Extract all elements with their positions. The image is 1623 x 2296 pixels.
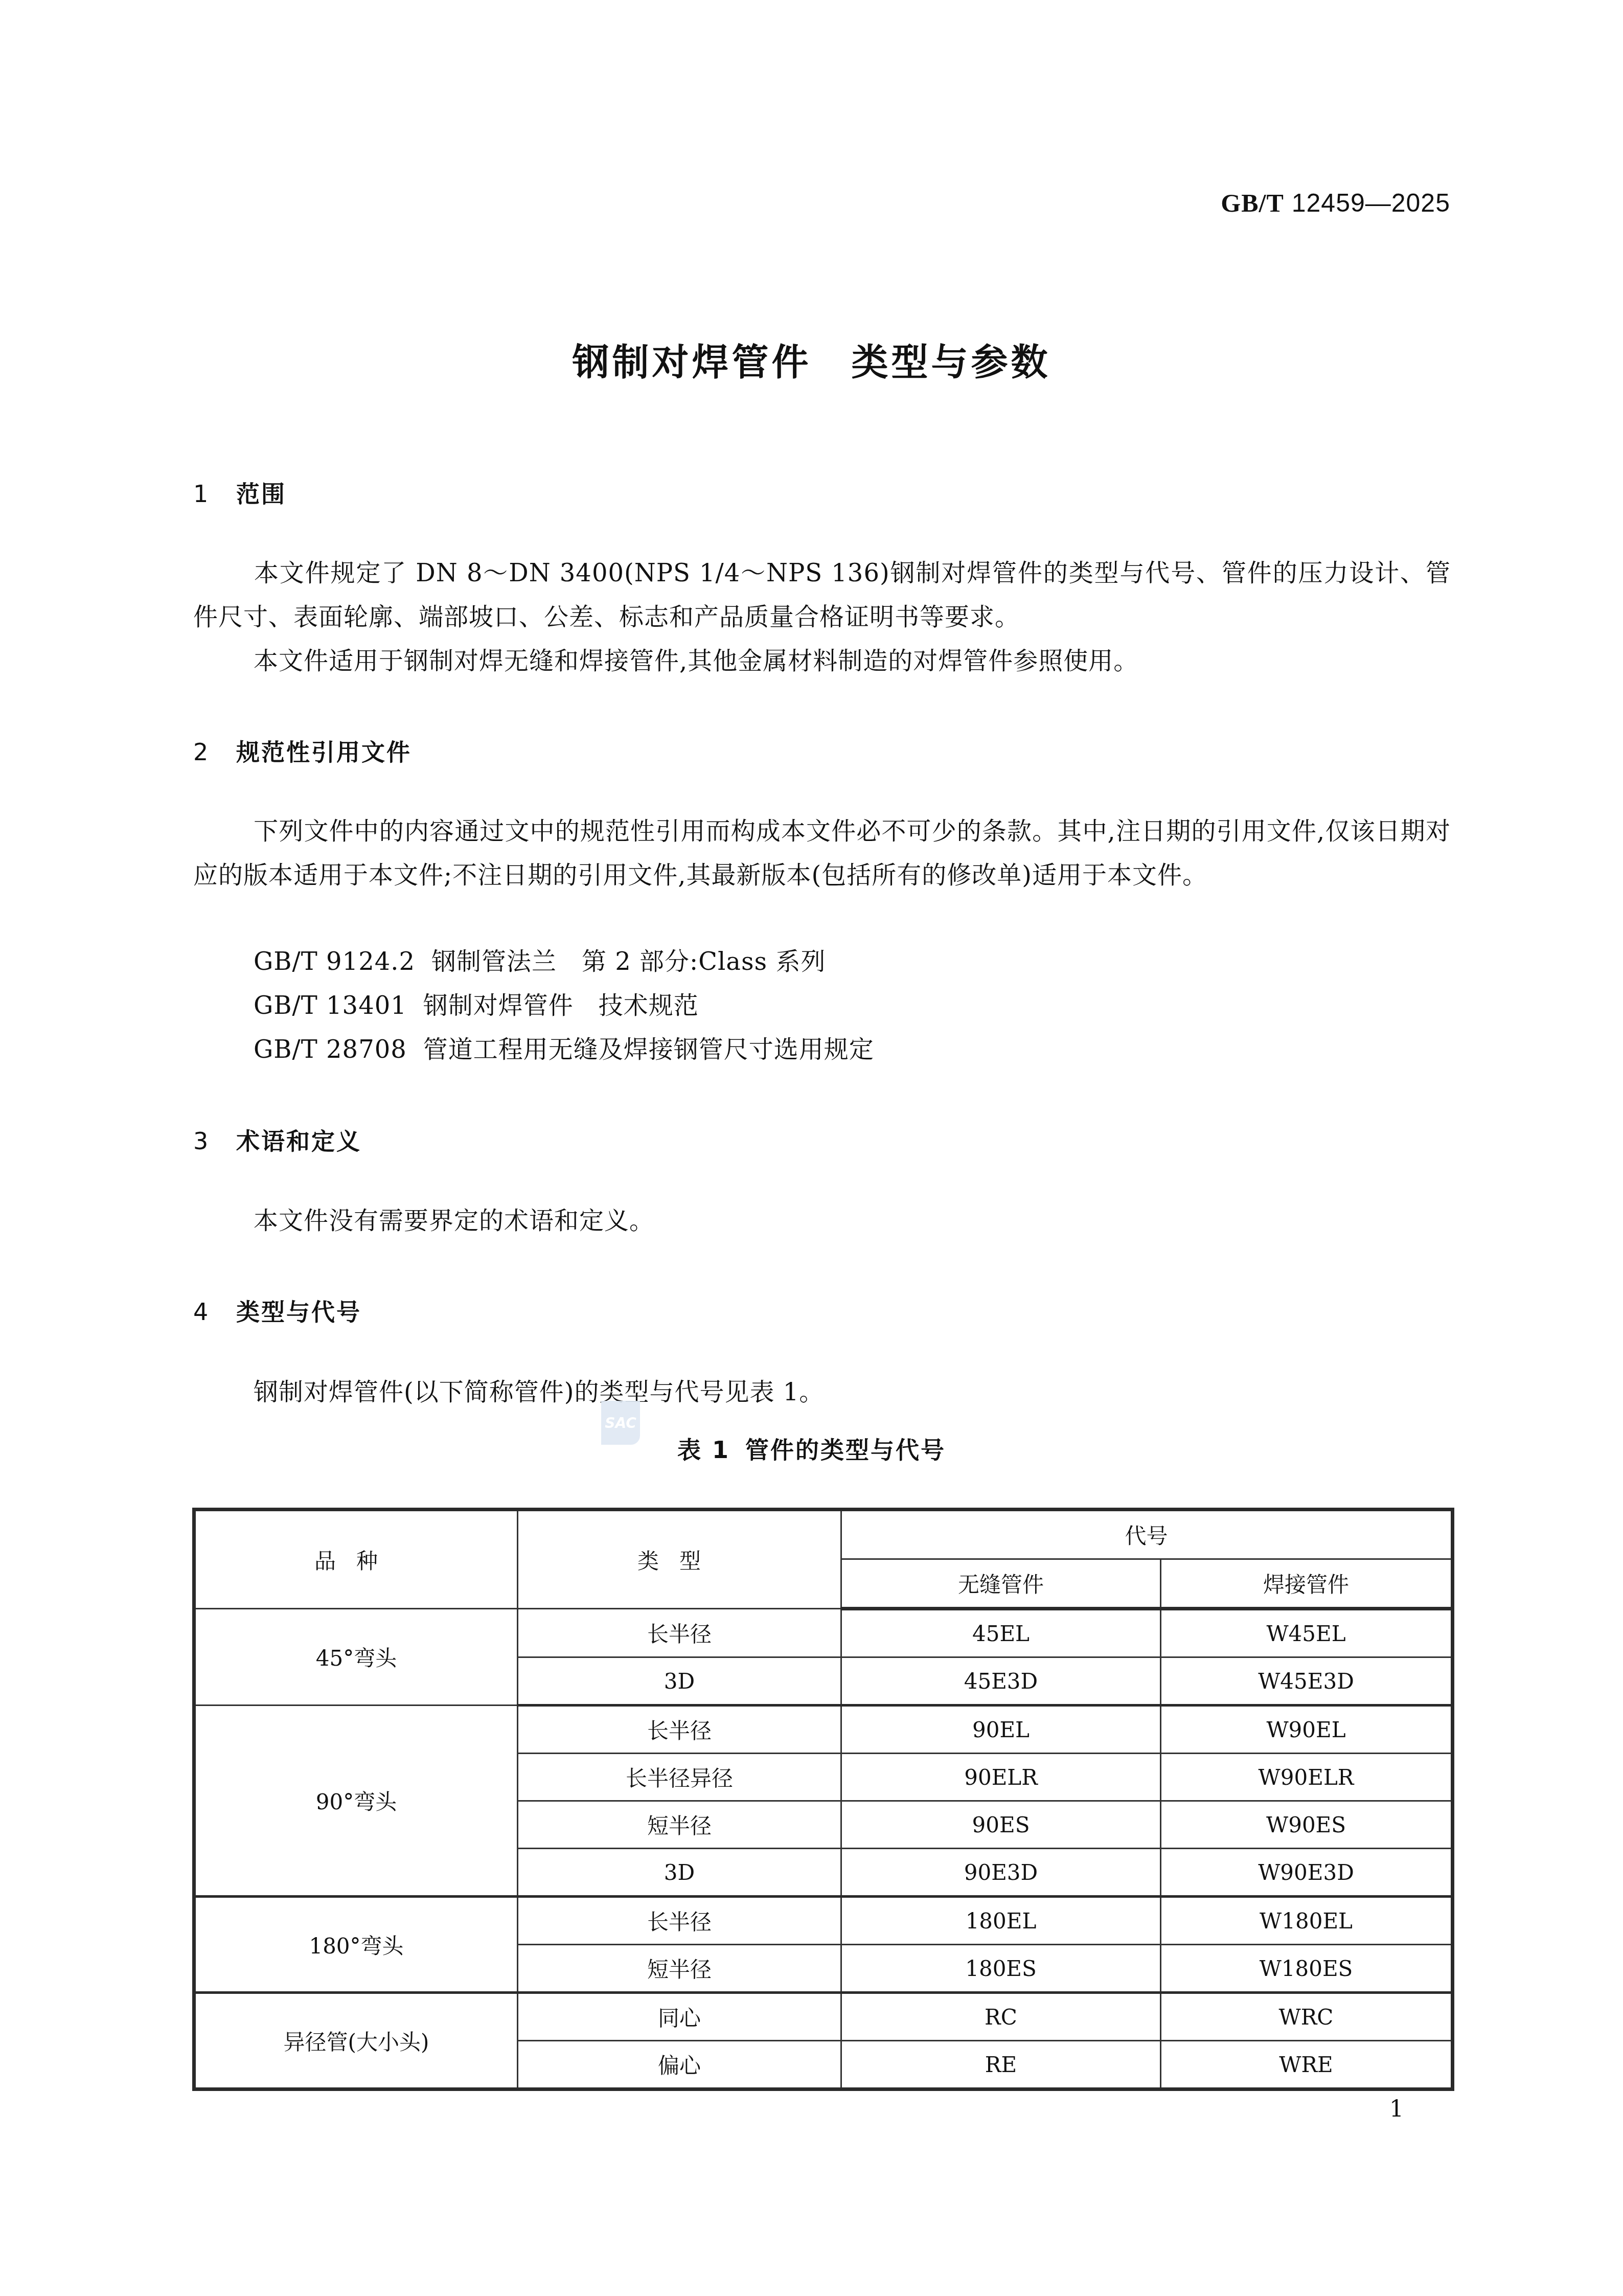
welded-code-cell: W90ES <box>1161 1801 1453 1849</box>
type-cell: 长半径异径 <box>518 1754 841 1801</box>
welded-code-cell: W90EL <box>1161 1706 1453 1754</box>
standard-id: 12459—2025 <box>1292 189 1450 217</box>
table-number: 表 1 <box>677 1436 730 1464</box>
table-row: 45°弯头 长半径 45EL W45EL <box>194 1609 1453 1657</box>
normative-reference: GB/T 13401钢制对焊管件 技术规范 <box>254 986 699 1021</box>
welded-code-cell: WRC <box>1161 1993 1453 2041</box>
seamless-code-cell: RC <box>841 1993 1161 2041</box>
normative-reference: GB/T 28708管道工程用无缝及焊接钢管尺寸选用规定 <box>254 1030 874 1065</box>
section-4-paragraph-1: 钢制对焊管件(以下简称管件)的类型与代号见表 1。 <box>193 1370 1451 1414</box>
type-cell: 长半径 <box>518 1897 841 1945</box>
table-title: 管件的类型与代号 <box>745 1436 946 1464</box>
section-number: 3 <box>193 1127 236 1155</box>
type-cell: 3D <box>518 1657 841 1706</box>
section-title: 术语和定义 <box>236 1127 361 1155</box>
variety-cell: 45°弯头 <box>194 1609 518 1706</box>
header-welded: 焊接管件 <box>1161 1559 1453 1609</box>
standard-number: GB/T 12459—2025 <box>1221 188 1450 218</box>
section-number: 2 <box>193 738 236 766</box>
section-heading-3: 3术语和定义 <box>193 1123 361 1156</box>
reference-code: GB/T 13401 <box>254 991 407 1020</box>
reference-code: GB/T 9124.2 <box>254 947 415 976</box>
welded-code-cell: W90E3D <box>1161 1849 1453 1897</box>
paragraph-text: 本文件适用于钢制对焊无缝和焊接管件,其他金属材料制造的对焊管件参照使用。 <box>254 647 1138 675</box>
reference-title: 钢制对焊管件 技术规范 <box>423 991 699 1020</box>
variety-cell: 异径管(大小头) <box>194 1993 518 2089</box>
type-cell: 短半径 <box>518 1801 841 1849</box>
section-1-paragraph-2: 本文件适用于钢制对焊无缝和焊接管件,其他金属材料制造的对焊管件参照使用。 <box>193 639 1451 683</box>
seamless-code-cell: 180ES <box>841 1945 1161 1993</box>
table-row: 90°弯头 长半径 90EL W90EL <box>194 1706 1453 1754</box>
paragraph-text: 本文件没有需要界定的术语和定义。 <box>254 1207 654 1235</box>
type-cell: 3D <box>518 1849 841 1897</box>
section-2-paragraph-1: 下列文件中的内容通过文中的规范性引用而构成本文件必不可少的条款。其中,注日期的引… <box>193 809 1451 897</box>
seamless-code-cell: RE <box>841 2041 1161 2089</box>
welded-code-cell: WRE <box>1161 2041 1453 2089</box>
welded-code-cell: W45EL <box>1161 1609 1453 1657</box>
document-title: 钢制对焊管件 类型与参数 <box>0 332 1623 385</box>
normative-reference: GB/T 9124.2钢制管法兰 第 2 部分:Class 系列 <box>254 942 826 977</box>
header-code: 代号 <box>841 1510 1453 1559</box>
fittings-type-code-table: 品种 类型 代号 无缝管件 焊接管件 45°弯头 长半径 45EL W45EL … <box>192 1508 1454 2091</box>
type-cell: 同心 <box>518 1993 841 2041</box>
header-type: 类型 <box>518 1510 841 1609</box>
seamless-code-cell: 180EL <box>841 1897 1161 1945</box>
variety-cell: 90°弯头 <box>194 1706 518 1897</box>
seamless-code-cell: 90EL <box>841 1706 1161 1754</box>
reference-code: GB/T 28708 <box>254 1035 407 1064</box>
section-3-paragraph-1: 本文件没有需要界定的术语和定义。 <box>193 1199 1451 1243</box>
variety-cell: 180°弯头 <box>194 1897 518 1993</box>
reference-title: 管道工程用无缝及焊接钢管尺寸选用规定 <box>423 1035 874 1064</box>
welded-code-cell: W90ELR <box>1161 1754 1453 1801</box>
section-title: 类型与代号 <box>236 1298 361 1326</box>
table-row: 异径管(大小头) 同心 RC WRC <box>194 1993 1453 2041</box>
section-1-paragraph-1: 本文件规定了 DN 8～DN 3400(NPS 1/4～NPS 136)钢制对焊… <box>193 551 1451 639</box>
section-title: 规范性引用文件 <box>236 738 412 766</box>
reference-title: 钢制管法兰 第 2 部分:Class 系列 <box>431 947 826 976</box>
header-seamless: 无缝管件 <box>841 1559 1161 1609</box>
page-number: 1 <box>1389 2096 1404 2122</box>
seamless-code-cell: 90E3D <box>841 1849 1161 1897</box>
type-cell: 长半径 <box>518 1609 841 1657</box>
welded-code-cell: W45E3D <box>1161 1657 1453 1706</box>
paragraph-text: 下列文件中的内容通过文中的规范性引用而构成本文件必不可少的条款。其中,注日期的引… <box>193 817 1451 890</box>
section-number: 1 <box>193 480 236 508</box>
section-heading-4: 4类型与代号 <box>193 1293 361 1327</box>
seamless-code-cell: 45E3D <box>841 1657 1161 1706</box>
paragraph-text: 本文件规定了 DN 8～DN 3400(NPS 1/4～NPS 136)钢制对焊… <box>193 559 1451 631</box>
welded-code-cell: W180ES <box>1161 1945 1453 1993</box>
standard-prefix: GB/T <box>1221 189 1284 217</box>
seamless-code-cell: 90ELR <box>841 1754 1161 1801</box>
table-row: 180°弯头 长半径 180EL W180EL <box>194 1897 1453 1945</box>
paragraph-text: 钢制对焊管件(以下简称管件)的类型与代号见表 1。 <box>254 1378 824 1406</box>
section-title: 范围 <box>236 480 286 508</box>
seamless-code-cell: 45EL <box>841 1609 1161 1657</box>
section-heading-1: 1范围 <box>193 475 286 509</box>
type-cell: 短半径 <box>518 1945 841 1993</box>
table-caption: 表 1管件的类型与代号 <box>0 1431 1623 1465</box>
header-variety: 品种 <box>194 1510 518 1609</box>
type-cell: 长半径 <box>518 1706 841 1754</box>
seamless-code-cell: 90ES <box>841 1801 1161 1849</box>
welded-code-cell: W180EL <box>1161 1897 1453 1945</box>
section-number: 4 <box>193 1298 236 1326</box>
type-cell: 偏心 <box>518 2041 841 2089</box>
section-heading-2: 2规范性引用文件 <box>193 734 412 767</box>
